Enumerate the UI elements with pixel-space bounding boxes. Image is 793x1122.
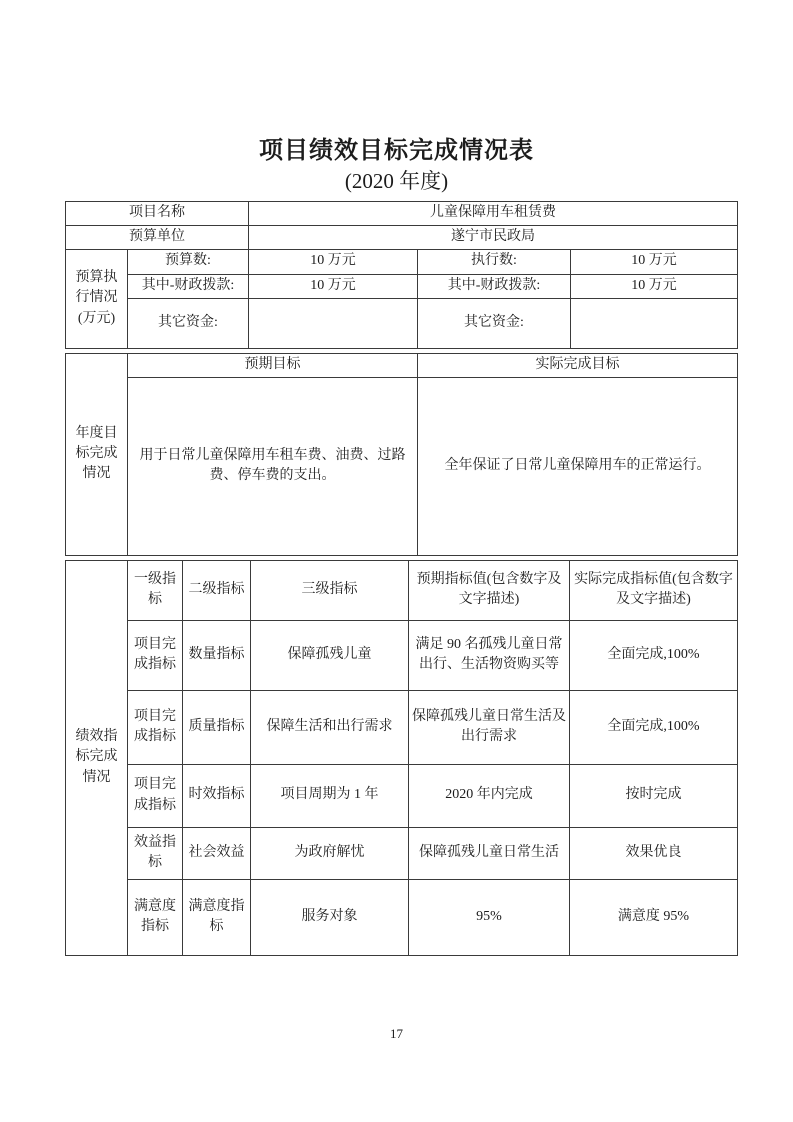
perf-cell: 社会效益 [183,827,251,879]
perf-cell: 数量指标 [183,620,251,690]
budget-value: 10 万元 [571,274,738,298]
budget-unit-label: 预算单位 [66,225,249,249]
perf-cell: 全面完成,100% [570,620,738,690]
table-row: 项目完成指标 数量指标 保障孤残儿童 满足 90 名孤残儿童日常出行、生活物资购… [66,620,738,690]
project-name-value: 儿童保障用车租赁费 [249,201,738,225]
budget-value [571,298,738,348]
perf-cell: 项目完成指标 [128,764,183,827]
perf-header: 实际完成指标值(包含数字及文字描述) [570,560,738,620]
actual-goal-header: 实际完成目标 [418,353,738,377]
page-number: 17 [0,1026,793,1042]
table-row: 效益指标 社会效益 为政府解忧 保障孤残儿童日常生活 效果优良 [66,827,738,879]
perf-cell: 为政府解忧 [251,827,409,879]
actual-goal-text: 全年保证了日常儿童保障用车的正常运行。 [418,377,738,555]
perf-header: 一级指标 [128,560,183,620]
perf-header: 三级指标 [251,560,409,620]
table-row: 满意度指标 满意度指标 服务对象 95% 满意度 95% [66,879,738,955]
budget-label: 其它资金: [128,298,249,348]
perf-cell: 满意度指标 [128,879,183,955]
performance-section-label: 绩效指标完成情况 [66,560,128,955]
perf-cell: 保障孤残儿童日常生活及出行需求 [409,690,570,764]
perf-header: 预期指标值(包含数字及文字描述) [409,560,570,620]
perf-cell: 效益指标 [128,827,183,879]
perf-cell: 项目完成指标 [128,620,183,690]
perf-cell: 项目周期为 1 年 [251,764,409,827]
budget-label: 预算数: [128,249,249,274]
page-subtitle: (2020 年度) [0,167,793,195]
performance-section-table: 绩效指标完成情况 一级指标 二级指标 三级指标 预期指标值(包含数字及文字描述)… [65,560,738,956]
perf-cell: 项目完成指标 [128,690,183,764]
perf-cell: 全面完成,100% [570,690,738,764]
table-row: 预算执行情况(万元) 预算数: 10 万元 执行数: 10 万元 [66,249,738,274]
expected-goal-text: 用于日常儿童保障用车租车费、油费、过路费、停车费的支出。 [128,377,418,555]
budget-section-label: 预算执行情况(万元) [66,249,128,348]
perf-cell: 质量指标 [183,690,251,764]
report-table: 项目名称 儿童保障用车租赁费 预算单位 遂宁市民政局 预算执行情况(万元) 预算… [65,201,737,956]
table-row: 其它资金: 其它资金: [66,298,738,348]
table-row: 用于日常儿童保障用车租车费、油费、过路费、停车费的支出。 全年保证了日常儿童保障… [66,377,738,555]
budget-value: 10 万元 [249,249,418,274]
page-title: 项目绩效目标完成情况表 [0,0,793,167]
perf-cell: 效果优良 [570,827,738,879]
perf-cell: 服务对象 [251,879,409,955]
table-row: 绩效指标完成情况 一级指标 二级指标 三级指标 预期指标值(包含数字及文字描述)… [66,560,738,620]
perf-cell: 保障孤残儿童 [251,620,409,690]
table-row: 预算单位 遂宁市民政局 [66,225,738,249]
perf-cell: 满意度指标 [183,879,251,955]
budget-section-table: 预算执行情况(万元) 预算数: 10 万元 执行数: 10 万元 其中-财政拨款… [65,249,738,349]
expected-goal-header: 预期目标 [128,353,418,377]
perf-cell: 2020 年内完成 [409,764,570,827]
table-row: 项目完成指标 时效指标 项目周期为 1 年 2020 年内完成 按时完成 [66,764,738,827]
budget-value: 10 万元 [249,274,418,298]
perf-cell: 95% [409,879,570,955]
document-page: 项目绩效目标完成情况表 (2020 年度) 项目名称 儿童保障用车租赁费 预算单… [0,0,793,1122]
budget-label: 其中-财政拨款: [418,274,571,298]
perf-cell: 保障生活和出行需求 [251,690,409,764]
perf-cell: 满意度 95% [570,879,738,955]
budget-label: 执行数: [418,249,571,274]
annual-goal-section-label: 年度目标完成情况 [66,353,128,555]
budget-value: 10 万元 [571,249,738,274]
perf-cell: 按时完成 [570,764,738,827]
table-row: 项目完成指标 质量指标 保障生活和出行需求 保障孤残儿童日常生活及出行需求 全面… [66,690,738,764]
perf-cell: 保障孤残儿童日常生活 [409,827,570,879]
table-row: 其中-财政拨款: 10 万元 其中-财政拨款: 10 万元 [66,274,738,298]
project-name-label: 项目名称 [66,201,249,225]
budget-label: 其它资金: [418,298,571,348]
table-row: 年度目标完成情况 预期目标 实际完成目标 [66,353,738,377]
budget-unit-value: 遂宁市民政局 [249,225,738,249]
perf-cell: 时效指标 [183,764,251,827]
header-section-table: 项目名称 儿童保障用车租赁费 预算单位 遂宁市民政局 [65,201,738,250]
perf-cell: 满足 90 名孤残儿童日常出行、生活物资购买等 [409,620,570,690]
perf-header: 二级指标 [183,560,251,620]
budget-value [249,298,418,348]
table-row: 项目名称 儿童保障用车租赁费 [66,201,738,225]
budget-label: 其中-财政拨款: [128,274,249,298]
annual-goal-section-table: 年度目标完成情况 预期目标 实际完成目标 用于日常儿童保障用车租车费、油费、过路… [65,353,738,556]
